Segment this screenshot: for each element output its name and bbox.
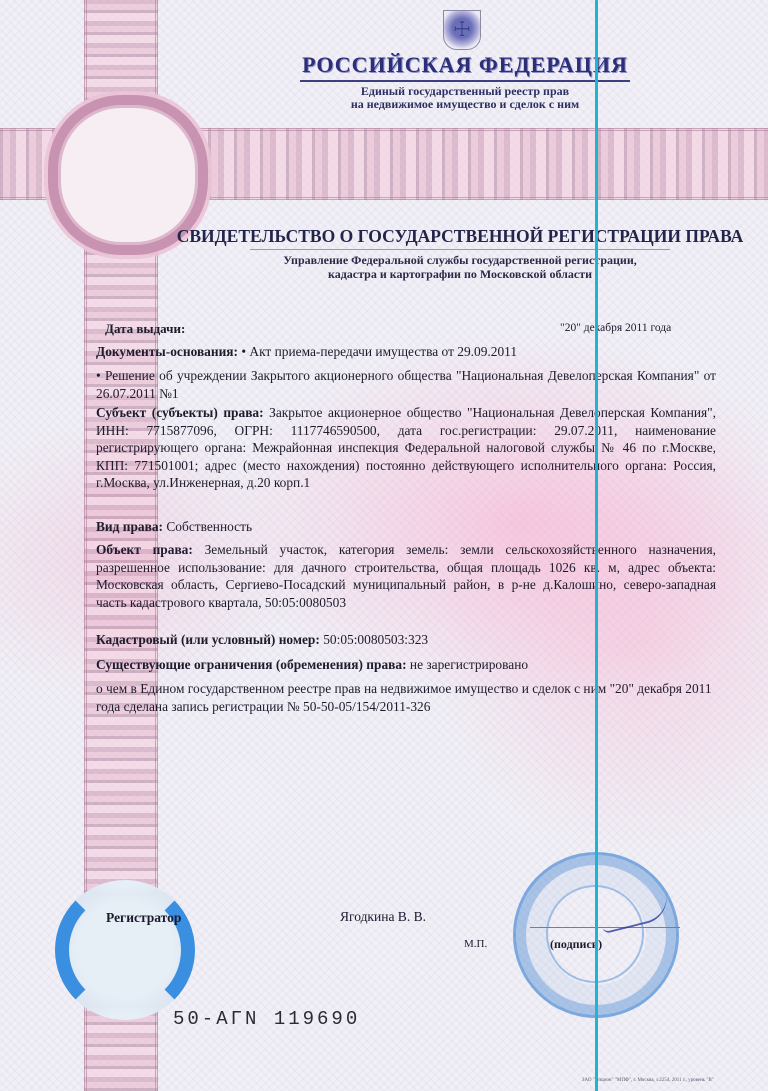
rights-holder-label: Субъект (субъекты) права: — [96, 405, 264, 420]
coat-of-arms-icon: ☩ — [443, 10, 481, 50]
issuing-authority: Управление Федеральной службы государств… — [200, 253, 720, 281]
property-object-label: Объект права: — [96, 542, 193, 557]
header-divider — [300, 80, 630, 82]
issue-date-value: "20" декабря 2011 года — [560, 320, 671, 338]
scan-artifact-line — [595, 0, 598, 1091]
issue-date-label: Дата выдачи: — [105, 320, 185, 338]
basis-document-1: • Акт приема-передачи имущества от 29.09… — [241, 344, 517, 359]
registrar-medallion — [55, 880, 195, 1020]
registry-name: Единый государственный реестр прав на не… — [300, 85, 630, 111]
registrar-label: Регистратор — [106, 910, 181, 926]
cadastral-number: Кадастровый (или условный) номер: 50:05:… — [96, 631, 716, 649]
encumbrances-value: не зарегистрировано — [410, 657, 528, 672]
right-type-value: Собственность — [166, 519, 252, 534]
basis-documents-label: Документы-основания: — [96, 344, 238, 359]
registry-line-2: на недвижимое имущество и сделок с ним — [300, 98, 630, 111]
encumbrances: Существующие ограничения (обременения) п… — [96, 656, 716, 674]
title-divider — [250, 249, 670, 250]
basis-documents: Документы-основания: • Акт приема-переда… — [96, 343, 716, 361]
registrar-name: Ягодкина В. В. — [340, 909, 426, 925]
encumbrances-label: Существующие ограничения (обременения) п… — [96, 657, 407, 672]
cadastral-number-label: Кадастровый (или условный) номер: — [96, 632, 320, 647]
registration-record: о чем в Едином государственном реестре п… — [96, 680, 716, 715]
property-object: Объект права: Земельный участок, категор… — [96, 541, 716, 611]
seal-place-label: М.П. — [464, 938, 487, 950]
authority-line-2: кадастра и картографии по Московской обл… — [200, 267, 720, 281]
authority-line-1: Управление Федеральной службы государств… — [200, 253, 720, 267]
rights-holder: Субъект (субъекты) права: Закрытое акцио… — [96, 404, 716, 492]
right-type: Вид права: Собственность — [96, 518, 716, 536]
basis-document-2: • Решение об учреждении Закрытого акцион… — [96, 367, 716, 402]
form-serial-number: 50-АГN 119690 — [173, 1008, 360, 1030]
cadastral-number-value: 50:05:0080503:323 — [323, 632, 428, 647]
country-title: РОССИЙСКАЯ ФЕДЕРАЦИЯ — [300, 52, 630, 78]
printer-imprint: ЗАО "Опцион" "МПФ", г. Москва, з.2254, 2… — [582, 1078, 714, 1083]
right-type-label: Вид права: — [96, 519, 163, 534]
certificate-title: СВИДЕТЕЛЬСТВО О ГОСУДАРСТВЕННОЙ РЕГИСТРА… — [170, 226, 750, 247]
